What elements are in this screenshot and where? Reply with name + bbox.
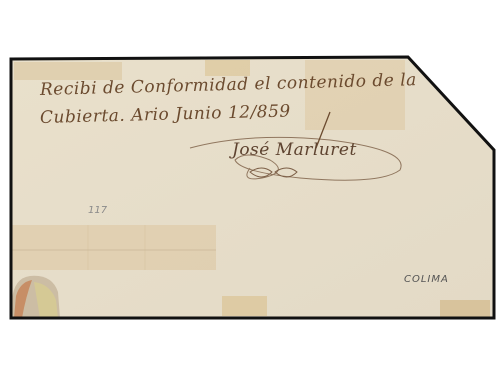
signature: José Marluret — [232, 140, 357, 160]
cover-document: Recibi de Conformidad el contenido de la… — [0, 0, 500, 375]
pencil-note-colima: COLIMA — [404, 274, 449, 285]
document-paper — [0, 0, 500, 375]
pencil-note-number: 117 — [88, 205, 107, 216]
